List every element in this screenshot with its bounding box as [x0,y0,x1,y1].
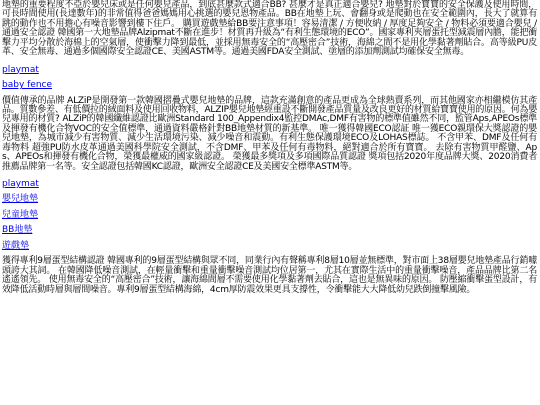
link-playmat-1[interactable]: playmat [2,65,39,75]
link-baby-floor-mat[interactable]: 嬰兒地墊 [2,194,38,204]
brand-paragraph: 價值傳承的品牌 ALZiP是開發第一款韓國摺疊式嬰兒地墊的品牌，這款充滿創意的產… [2,97,537,173]
link-playmat-2[interactable]: playmat [2,179,39,189]
webpage-content: 地墊的重要程度不亞於嬰兒床或是任何嬰兒產品，到底甚麼款式適合BB? 甚麼才是真正… [0,0,540,405]
link-bb-floor-mat[interactable]: BB地墊 [2,225,32,235]
link-kids-floor-mat[interactable]: 兒童地墊 [2,210,38,220]
structure-paragraph: 獲得專利9層蛋型結構認證 韓國專利的9層蛋型結構與眾不同，同業行內有聲稱專利8層… [2,257,537,295]
intro-paragraph: 地墊的重要程度不亞於嬰兒床或是任何嬰兒產品，到底甚麼款式適合BB? 甚麼才是真正… [2,1,537,58]
link-play-mat[interactable]: 遊戲墊 [2,241,29,251]
link-baby-fence[interactable]: baby fence [2,80,52,90]
